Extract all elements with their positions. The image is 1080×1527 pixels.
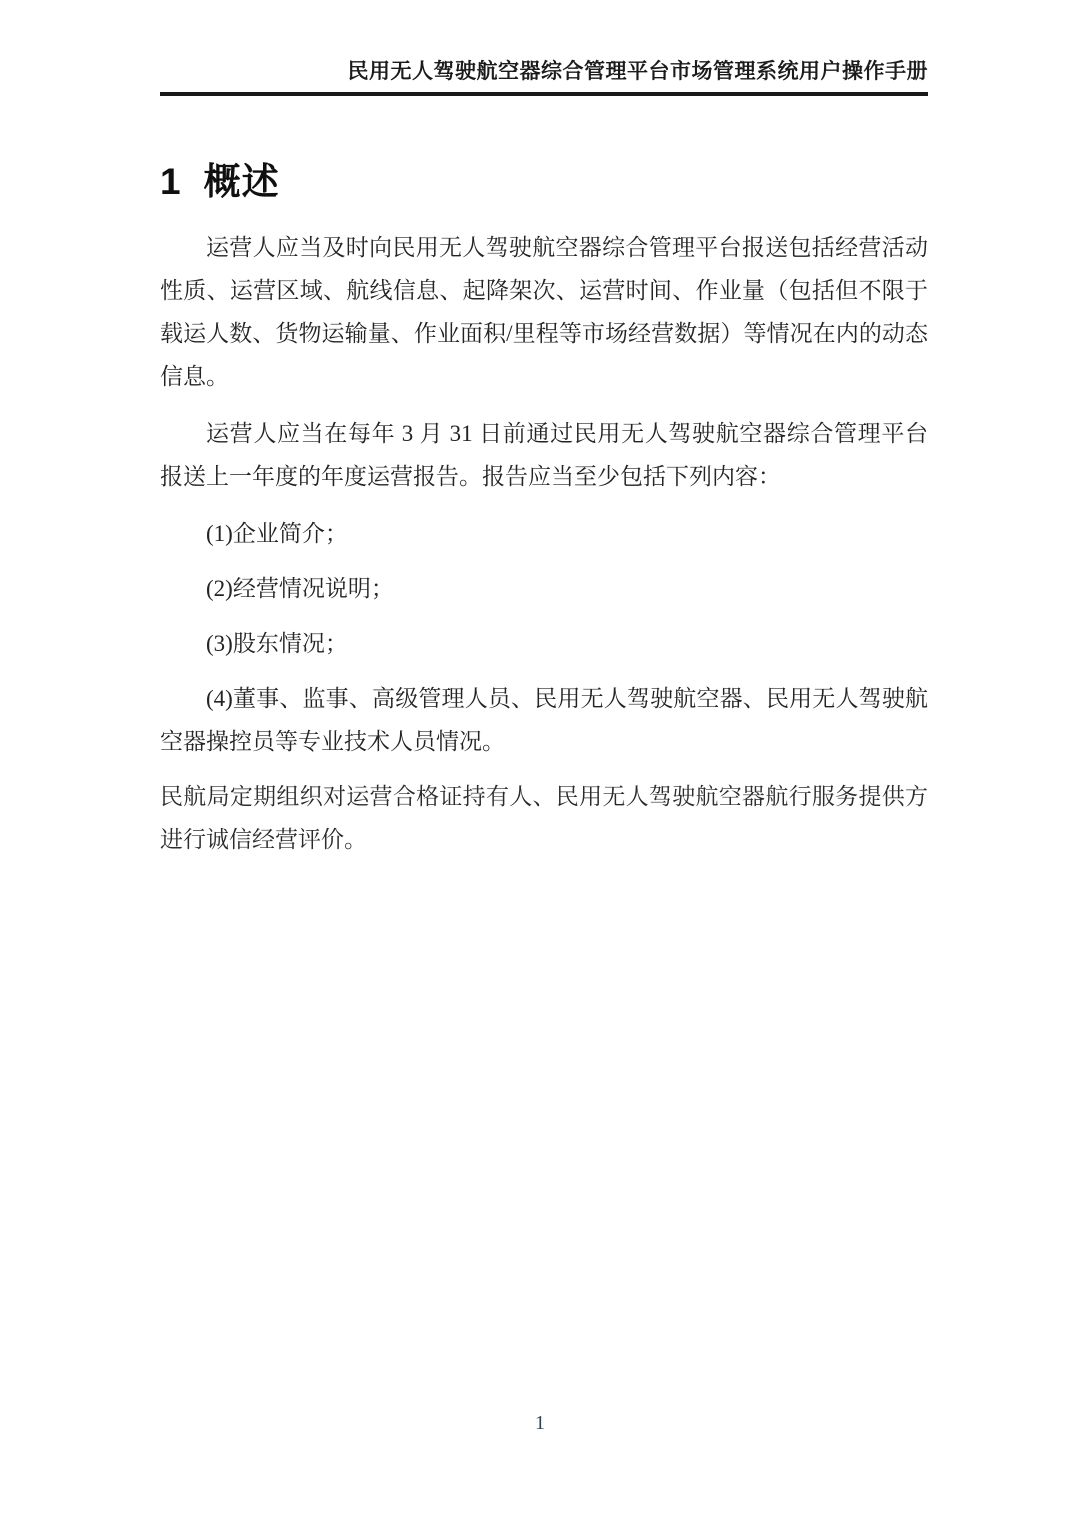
paragraph-credit-evaluation: 民航局定期组织对运营合格证持有人、民用无人驾驶航空器航行服务提供方进行诚信经营评… <box>160 775 928 861</box>
header-rule <box>160 92 928 96</box>
document-page: 民用无人驾驶航空器综合管理平台市场管理系统用户操作手册 1概述 运营人应当及时向… <box>0 0 1080 1527</box>
list-item-1: (1)企业简介； <box>160 512 928 555</box>
section-heading: 1概述 <box>160 160 928 204</box>
document-body: 1概述 运营人应当及时向民用无人驾驶航空器综合管理平台报送包括经营活动性质、运营… <box>160 160 928 861</box>
list-item-4: (4)董事、监事、高级管理人员、民用无人驾驶航空器、民用无人驾驶航空器操控员等专… <box>160 677 928 763</box>
header-title: 民用无人驾驶航空器综合管理平台市场管理系统用户操作手册 <box>160 56 928 86</box>
section-number: 1 <box>160 161 182 202</box>
document-header: 民用无人驾驶航空器综合管理平台市场管理系统用户操作手册 <box>160 0 928 96</box>
list-item-3: (3)股东情况； <box>160 622 928 665</box>
list-item-2: (2)经营情况说明； <box>160 567 928 610</box>
section-title: 概述 <box>204 161 280 202</box>
document-footer: 1 <box>0 1412 1080 1435</box>
paragraph-dynamic-info: 运营人应当及时向民用无人驾驶航空器综合管理平台报送包括经营活动性质、运营区域、航… <box>160 226 928 398</box>
paragraph-annual-report: 运营人应当在每年 3 月 31 日前通过民用无人驾驶航空器综合管理平台报送上一年… <box>160 412 928 498</box>
page-number: 1 <box>535 1412 545 1434</box>
